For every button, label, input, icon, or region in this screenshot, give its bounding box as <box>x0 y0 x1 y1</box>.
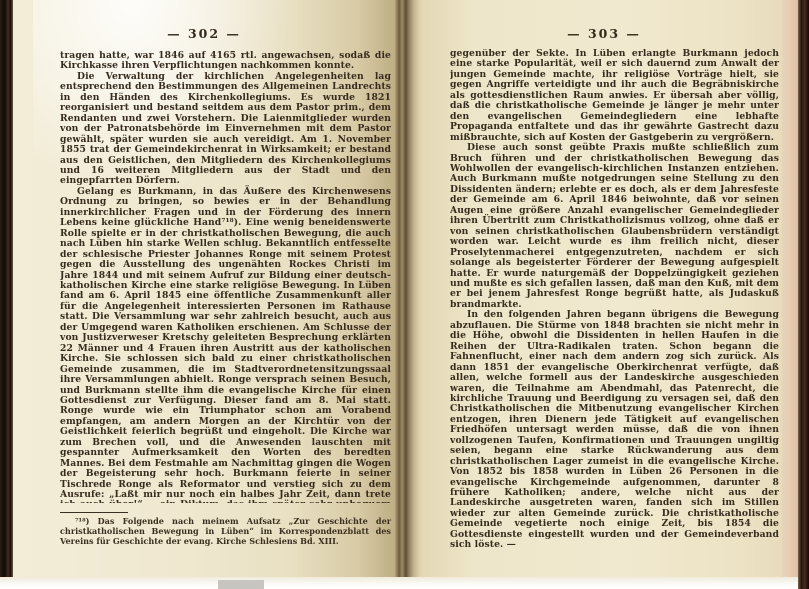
page-303: — 303 — gegenüber der Sekte. In Lüben er… <box>425 0 783 577</box>
page-303-body: gegenüber der Sekte. In Lüben erlangte B… <box>450 49 779 549</box>
book-right-edge <box>798 0 809 589</box>
book-left-edge <box>0 0 13 577</box>
book-gutter <box>395 0 425 577</box>
page-302: — 302 — tragen hatte, war 1846 auf 4165 … <box>13 0 395 577</box>
page-edge-rose-strip <box>782 0 798 589</box>
footnote-separator <box>60 512 128 513</box>
paragraph: Gelang es Burkmann, in das Äußere des Ki… <box>60 187 391 503</box>
paragraph: tragen hatte, war 1846 auf 4165 rtl. ang… <box>60 51 391 72</box>
book-scan: — 302 — tragen hatte, war 1846 auf 4165 … <box>0 0 809 589</box>
page-number-303: — 303 — <box>425 26 783 41</box>
paragraph: In den folgenden Jahren begann übrigens … <box>450 310 779 549</box>
page-302-body: tragen hatte, war 1846 auf 4165 rtl. ang… <box>60 51 391 503</box>
scan-bottom-strip <box>0 577 798 589</box>
paragraph: Diese auch sonst geübte Praxis mußte sch… <box>450 143 779 310</box>
paragraph: gegenüber der Sekte. In Lüben erlangte B… <box>450 49 779 143</box>
paragraph: Die Verwaltung der kirchlichen Angelegen… <box>60 72 391 187</box>
page-number-302: — 302 — <box>13 26 395 41</box>
scan-artifact <box>218 580 264 589</box>
footnote-718: ⁷¹⁸) Das Folgende nach meinem Aufsatz „Z… <box>60 517 391 546</box>
